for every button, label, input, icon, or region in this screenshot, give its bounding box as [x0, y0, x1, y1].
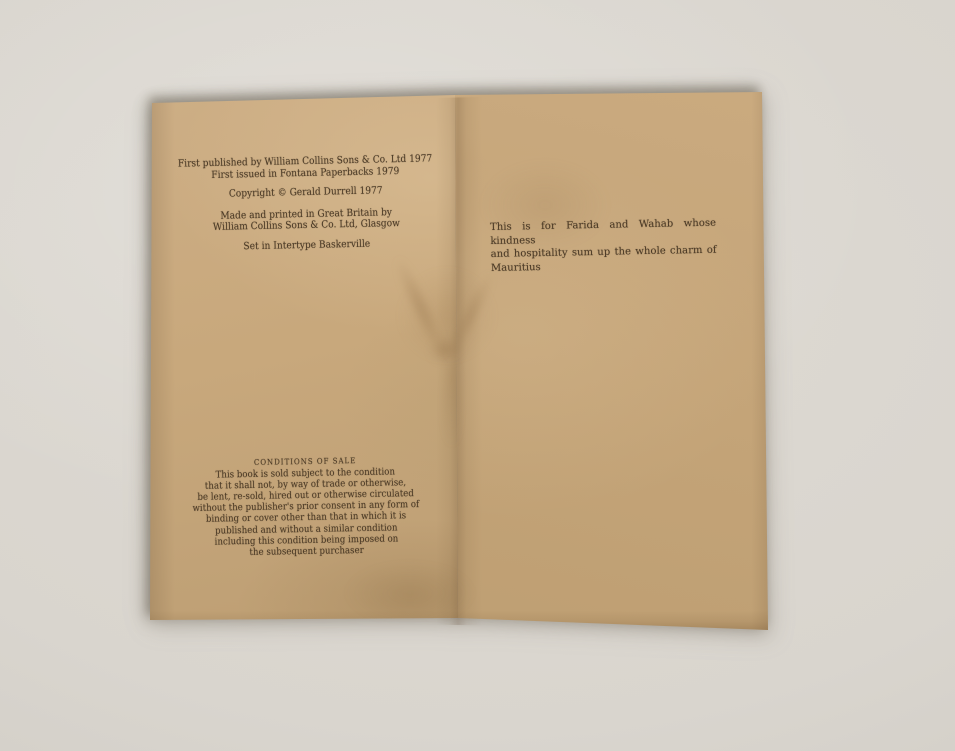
photo-scene: First published by William Collins Sons … — [0, 0, 955, 751]
publication-block: First published by William Collins Sons … — [176, 153, 435, 253]
conditions-of-sale-block: CONDITIONS OF SALE This book is sold sub… — [176, 454, 435, 560]
dedication-block: This is for Farida and Wahab whose kindn… — [490, 217, 717, 275]
open-book: First published by William Collins Sons … — [150, 90, 770, 635]
dedication-line: This is for Farida and Wahab whose kindn… — [490, 217, 716, 248]
copyright-line: Copyright © Gerald Durrell 1977 — [177, 184, 435, 201]
